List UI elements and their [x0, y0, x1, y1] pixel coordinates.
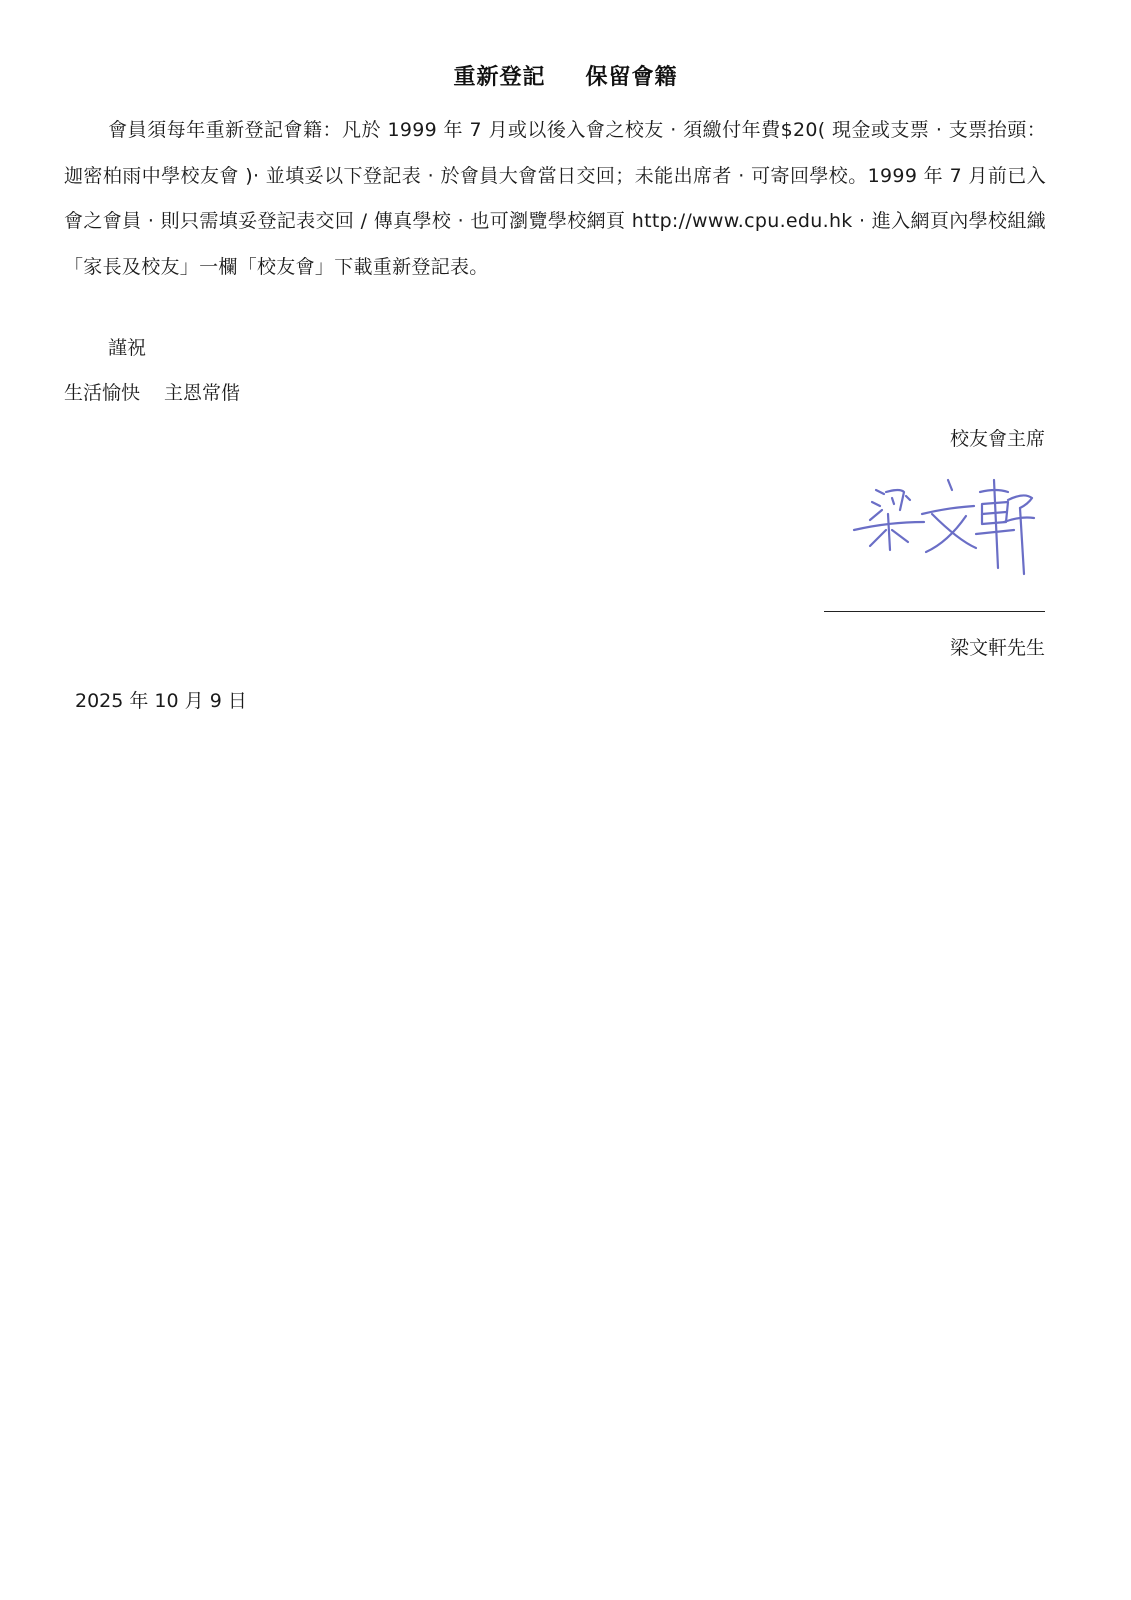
signer-title: 校友會主席	[950, 424, 1045, 451]
title-part-1: 重新登記	[453, 65, 545, 90]
document-title: 重新登記保留會籍	[0, 60, 1131, 91]
body-paragraph-container: 會員須每年重新登記會籍：凡於 1999 年 7 月或以後入會之校友 · 須繳付年…	[64, 108, 1046, 290]
closing-greeting: 謹祝	[108, 333, 146, 360]
closing-blessing: 生活愉快主恩常偕	[64, 378, 240, 405]
closing-blessing-part-2: 主恩常偕	[164, 382, 240, 404]
document-date: 2025 年 10 月 9 日	[75, 686, 247, 713]
signature-line	[824, 611, 1045, 612]
body-paragraph: 會員須每年重新登記會籍：凡於 1999 年 7 月或以後入會之校友 · 須繳付年…	[64, 119, 1046, 278]
signer-name: 梁文軒先生	[950, 633, 1045, 660]
signature-icon	[848, 470, 1038, 580]
closing-blessing-part-1: 生活愉快	[64, 382, 140, 404]
title-part-2: 保留會籍	[586, 65, 678, 90]
handwritten-signature	[848, 470, 1038, 580]
